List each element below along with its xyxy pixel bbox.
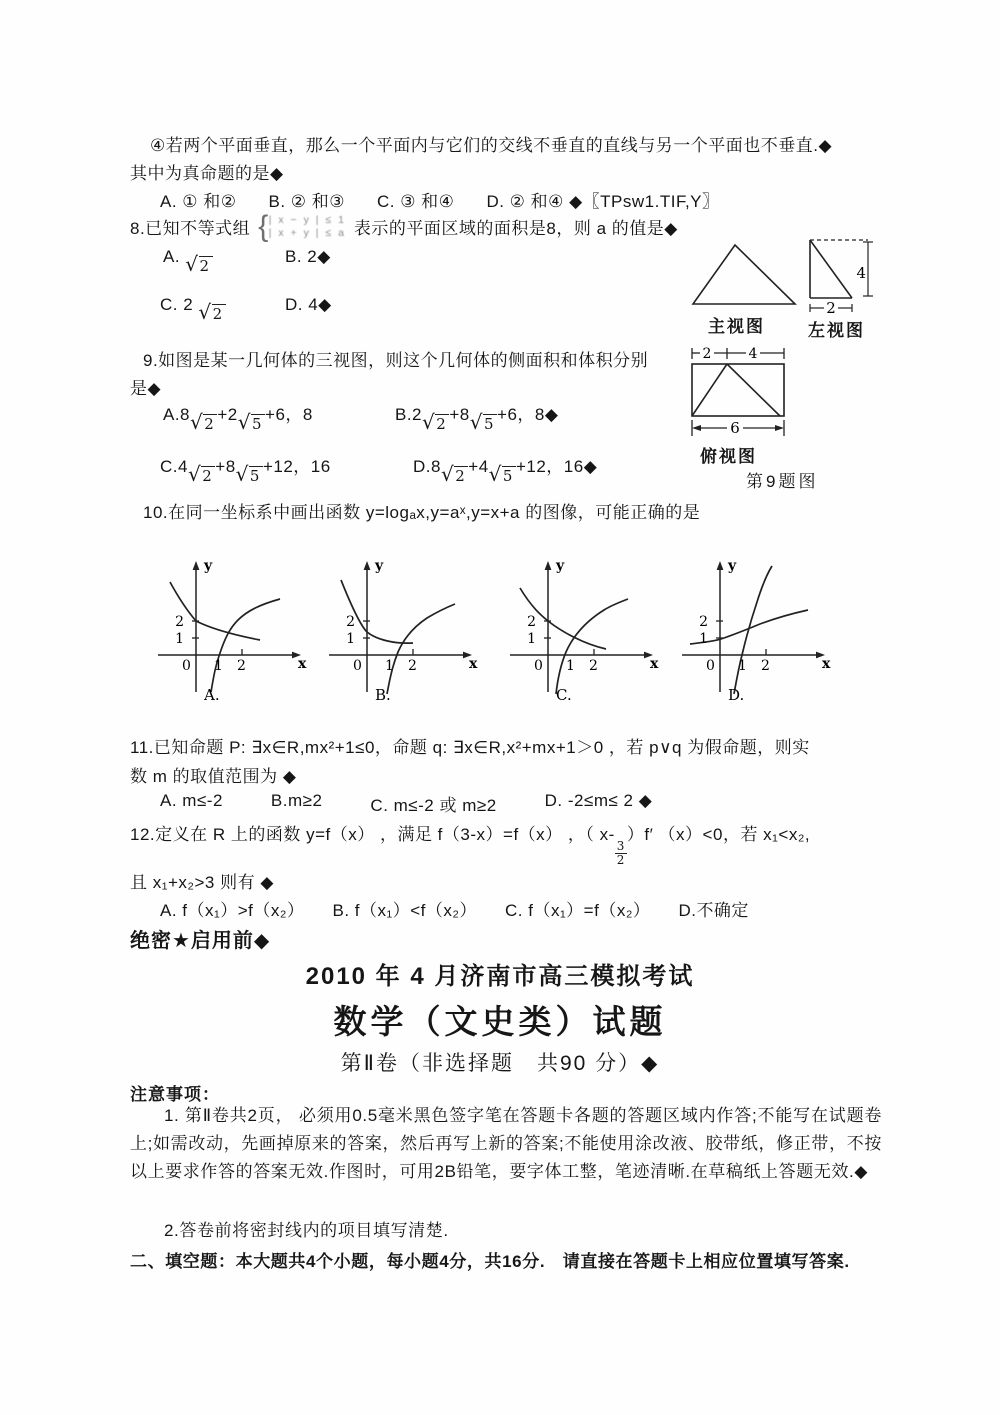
- x-tick-0: 0: [182, 658, 191, 674]
- q8-inequality-system: { | x − y | ≤ 1 | x + y | ≤ a: [258, 213, 346, 240]
- q10-graph-a: y x 2 1 0 1 2 A.: [148, 552, 313, 704]
- subject-title: 数学（文史类）试题: [0, 996, 1000, 1043]
- sqrt-2: √2: [422, 410, 449, 434]
- q9-option-b: B.2√2+8√5+6，8◆: [395, 400, 558, 434]
- q7-prompt: 其中为真命题的是◆: [130, 159, 284, 184]
- q9-option-c: C.4√2+8√5+12，16: [160, 452, 331, 486]
- volume-subtitle: 第Ⅱ卷（非选择题 共90 分）◆: [0, 1047, 1000, 1077]
- radical-sign: √: [188, 462, 201, 486]
- top-view-caption: 俯视图: [700, 442, 757, 467]
- q8-suffix: 表示的平面区域的面积是8，则 a 的值是◆: [354, 214, 678, 239]
- x-tick-2: 2: [761, 658, 770, 674]
- fraction-numerator: 3: [617, 840, 625, 853]
- radicand: 2: [201, 466, 215, 485]
- q9-c-mid: +8: [215, 457, 235, 476]
- q7-option-a: A. ① 和②: [160, 187, 237, 212]
- radical-sign: √: [185, 252, 198, 276]
- y-tick-1: 1: [175, 631, 184, 647]
- fraction-3-2: 32: [615, 840, 627, 866]
- q8-stem: 8.已知不等式组 { | x − y | ≤ 1 | x + y | ≤ a 表…: [130, 213, 678, 240]
- q11-options: A. m≤-2 B.m≥2 C. m≤-2 或 m≥2 D. -2≤m≤ 2 ◆: [160, 791, 652, 816]
- panel-label-b: B.: [375, 686, 391, 704]
- notes-item-2: 2.答卷前将密封线内的项目填写清楚.: [130, 1217, 449, 1245]
- q9-a-post: +6，8: [265, 405, 313, 424]
- q8-option-b: B. 2◆: [285, 247, 331, 267]
- top-view-dim-4: 4: [749, 346, 758, 362]
- y-tick-1: 1: [346, 631, 355, 647]
- q7-statement-4: ④若两个平面垂直，那么一个平面内与它们的交线不垂直的直线与另一个平面也不垂直.◆: [150, 131, 832, 156]
- side-view-height-label: 4: [856, 264, 866, 282]
- radicand: 2: [199, 256, 213, 275]
- secrecy-notice: 绝密★启用前◆: [130, 924, 270, 953]
- q9-d-mid: +4: [468, 457, 488, 476]
- radical-sign: √: [190, 410, 203, 434]
- q9-stem-line1: 9.如图是某一几何体的三视图，则这个几何体的侧面积和体积分别: [143, 346, 648, 371]
- radical-sign: √: [441, 462, 454, 486]
- x-tick-0: 0: [706, 658, 715, 674]
- notes-item-1: 1. 第Ⅱ卷共2页， 必须用0.5毫米黑色签字笔在答题卡各题的答题区域内作答;不…: [130, 1102, 882, 1186]
- front-view-caption: 主视图: [708, 312, 765, 337]
- q11-option-c: C. m≤-2 或 m≥2: [370, 791, 496, 816]
- x-tick-1: 1: [566, 658, 575, 674]
- x-tick-2: 2: [237, 658, 246, 674]
- q9-stem-line2: 是◆: [130, 374, 161, 399]
- front-view-figure: [683, 240, 803, 312]
- x-tick-0: 0: [534, 658, 543, 674]
- q10-graph-d: y x 2 1 0 1 2 D.: [672, 552, 837, 704]
- q8-option-a: A. √2: [163, 247, 213, 276]
- q11-option-a: A. m≤-2: [160, 791, 223, 811]
- y-tick-2: 2: [346, 614, 355, 630]
- q7-options: A. ① 和② B. ② 和③ C. ③ 和④ D. ② 和④ ◆〖TPsw1.…: [160, 187, 720, 212]
- q10-graph-b: y x 2 1 0 1 2 B.: [319, 552, 484, 704]
- q9-option-d: D.8√2+4√5+12，16◆: [413, 452, 597, 486]
- q12-option-b: B. f（x₁）<f（x₂）: [333, 896, 478, 921]
- panel-label-a: A.: [203, 686, 220, 704]
- radical-sign: √: [489, 462, 502, 486]
- x-axis-label: x: [469, 656, 478, 672]
- q9-d-pre: D.8: [413, 457, 441, 476]
- q12-part2: ）f′ （x）<0，若 x₁<x₂,: [627, 825, 810, 844]
- y-tick-1: 1: [527, 631, 536, 647]
- radicand: 2: [212, 304, 226, 323]
- q11-stem-line2: 数 m 的取值范围为 ◆: [130, 762, 296, 787]
- side-view-width-label: 2: [826, 299, 836, 317]
- x-axis-label: x: [650, 656, 659, 672]
- exam-page: ④若两个平面垂直，那么一个平面内与它们的交线不垂直的直线与另一个平面也不垂直.◆…: [0, 0, 1000, 1415]
- y-tick-2: 2: [175, 614, 184, 630]
- radical-sign: √: [198, 300, 211, 324]
- x-tick-1: 1: [738, 658, 747, 674]
- x-tick-2: 2: [589, 658, 598, 674]
- q7-option-b: B. ② 和③: [269, 187, 346, 212]
- radical-sign: √: [422, 410, 435, 434]
- q12-option-c: C. f（x₁）=f（x₂）: [505, 896, 650, 921]
- q12-stem-line1: 12.定义在 R 上的函数 y=f（x） ，满足 f（3-x）=f（x） ，（ …: [130, 820, 810, 866]
- q12-option-a: A. f（x₁）>f（x₂）: [160, 896, 305, 921]
- q8-option-a-label: A.: [163, 247, 180, 266]
- brace-glyph: {: [258, 213, 269, 240]
- q8-system-line1: | x − y | ≤ 1: [269, 214, 346, 227]
- q9-a-pre: A.8: [163, 405, 190, 424]
- y-tick-1: 1: [699, 631, 708, 647]
- sqrt-2: √2: [188, 462, 215, 486]
- side-view-figure: 4 2: [802, 234, 884, 322]
- q9-option-a: A.8√2+2√5+6，8: [163, 400, 313, 434]
- exam-title: 2010 年 4 月济南市高三模拟考试: [0, 956, 1000, 991]
- q9-a-mid: +2: [217, 405, 237, 424]
- q9-b-post: +6，8◆: [497, 405, 558, 424]
- side-view-caption: 左视图: [808, 316, 865, 341]
- x-tick-1: 1: [385, 658, 394, 674]
- q8-option-d: D. 4◆: [285, 295, 332, 315]
- x-tick-2: 2: [408, 658, 417, 674]
- radicand: 5: [249, 466, 263, 485]
- panel-label-d: D.: [728, 686, 744, 704]
- top-view-figure: 2 4 6: [683, 346, 793, 441]
- figure9-caption: 第9题图: [746, 467, 818, 492]
- sqrt-5: √5: [238, 410, 265, 434]
- q7-option-d: D. ② 和④ ◆〖TPsw1.TIF,Y〗: [486, 187, 719, 212]
- q8-option-c: C. 2 √2: [160, 295, 226, 324]
- sqrt-5: √5: [236, 462, 263, 486]
- q9-d-post: +12，16◆: [516, 457, 597, 476]
- radical-sign: √: [238, 410, 251, 434]
- sqrt-2: √2: [198, 300, 225, 324]
- q8-system-line2: | x + y | ≤ a: [269, 227, 346, 240]
- y-axis-label: y: [203, 558, 213, 574]
- q7-option-c: C. ③ 和④: [377, 187, 454, 212]
- radicand: 5: [502, 466, 516, 485]
- y-axis-label: y: [555, 558, 565, 574]
- y-tick-2: 2: [699, 614, 708, 630]
- q9-b-mid: +8: [449, 405, 469, 424]
- panel-label-c: C.: [556, 686, 572, 704]
- sqrt-2: √2: [185, 252, 212, 276]
- sqrt-5: √5: [489, 462, 516, 486]
- radicand: 2: [203, 414, 217, 433]
- radical-sign: √: [236, 462, 249, 486]
- sqrt-2: √2: [441, 462, 468, 486]
- radicand: 5: [483, 414, 497, 433]
- q10-graph-c: y x 2 1 0 1 2 C.: [500, 552, 665, 704]
- q10-stem: 10.在同一坐标系中画出函数 y=logₐx,y=aˣ,y=x+a 的图像，可能…: [143, 498, 700, 523]
- x-axis-label: x: [298, 656, 307, 672]
- y-axis-label: y: [374, 558, 384, 574]
- x-tick-0: 0: [353, 658, 362, 674]
- sqrt-2: √2: [190, 410, 217, 434]
- sqrt-5: √5: [470, 410, 497, 434]
- q8-option-c-label: C. 2: [160, 295, 193, 314]
- q11-stem-line1: 11.已知命题 P: ∃x∈R,mx²+1≤0，命题 q: ∃x∈R,x²+mx…: [130, 733, 810, 758]
- radicand: 2: [435, 414, 449, 433]
- radicand: 2: [454, 466, 468, 485]
- x-tick-1: 1: [214, 658, 223, 674]
- top-view-dim-6: 6: [730, 419, 740, 437]
- fraction-denominator: 2: [615, 853, 627, 867]
- radical-sign: √: [470, 410, 483, 434]
- y-tick-2: 2: [527, 614, 536, 630]
- x-axis-label: x: [822, 656, 831, 672]
- q9-c-pre: C.4: [160, 457, 188, 476]
- q11-option-d: D. -2≤m≤ 2 ◆: [545, 791, 653, 811]
- q12-options: A. f（x₁）>f（x₂） B. f（x₁）<f（x₂） C. f（x₁）=f…: [160, 896, 749, 921]
- q9-c-post: +12，16: [263, 457, 331, 476]
- q11-option-b: B.m≥2: [271, 791, 323, 811]
- y-axis-label: y: [727, 558, 737, 574]
- radicand: 5: [251, 414, 265, 433]
- q12-stem-line2: 且 x₁+x₂>3 则有 ◆: [130, 868, 274, 893]
- q9-b-pre: B.2: [395, 405, 422, 424]
- q12-option-d: D.不确定: [678, 896, 749, 921]
- q12-part1: 12.定义在 R 上的函数 y=f（x） ，满足 f（3-x）=f（x） ，（ …: [130, 825, 615, 844]
- q8-prefix: 8.已知不等式组: [130, 214, 250, 239]
- fill-in-blank-section-heading: 二、填空题：本大题共4个小题，每小题4分，共16分. 请直接在答题卡上相应位置填…: [130, 1247, 886, 1277]
- top-view-dim-2: 2: [703, 346, 712, 362]
